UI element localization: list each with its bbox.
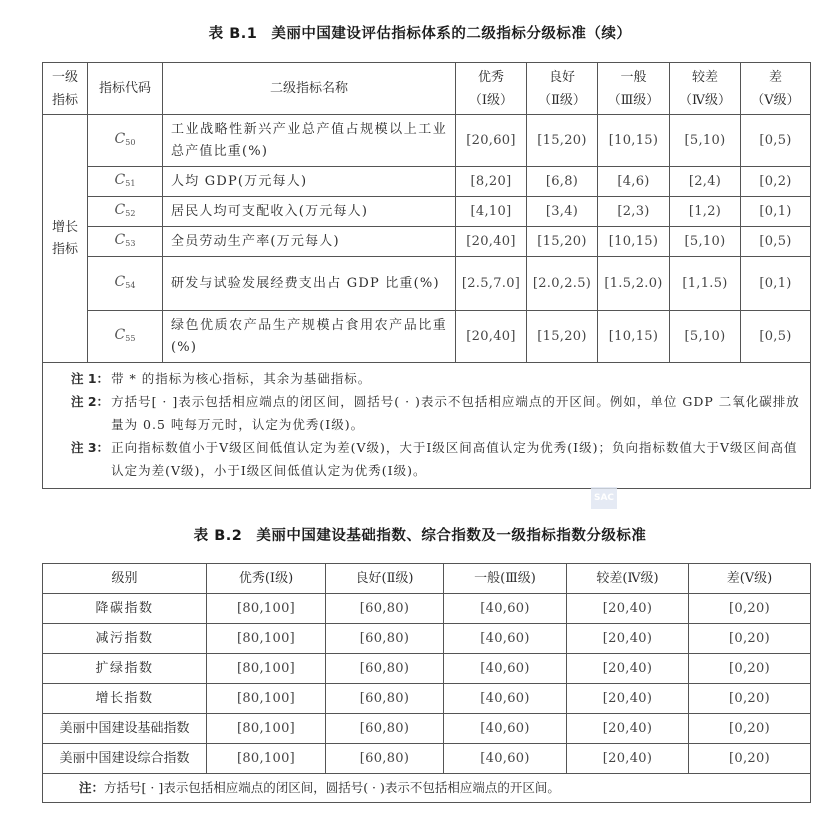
table-row: C51 人均 GDP(万元每人) [8,20] [6,8) [4,6) [2,4… <box>43 167 811 197</box>
grade-value: [3,4) <box>527 197 598 227</box>
code-subscript: 55 <box>125 334 135 343</box>
code-letter: C <box>115 327 126 343</box>
group-text: 增长 <box>43 217 87 239</box>
header-grade-poor: 较差（Ⅳ级） <box>670 63 741 115</box>
table-row: C54 研发与试验发展经费支出占 GDP 比重(%) [2.5,7.0] [2.… <box>43 257 811 311</box>
grade-value: [20,40) <box>567 594 689 624</box>
index-label: 美丽中国建设综合指数 <box>43 744 207 774</box>
code-subscript: 51 <box>125 179 135 188</box>
grade-value: [15,20) <box>527 311 598 363</box>
code-letter: C <box>115 131 126 147</box>
table-b1-number: 表 B.1 <box>209 26 258 42</box>
header-grade-poor: 较差(Ⅳ级) <box>567 564 689 594</box>
header-grade-average: 一般(Ⅲ级) <box>444 564 567 594</box>
grade-value: [40,60) <box>444 744 567 774</box>
table-row: C53 全员劳动生产率(万元每人) [20,40] [15,20) [10,15… <box>43 227 811 257</box>
grade-value: [0,5) <box>741 311 811 363</box>
note-label: 注 2： <box>71 390 109 436</box>
index-label: 增长指数 <box>43 684 207 714</box>
note-text: 带 * 的指标为核心指标，其余为基础指标。 <box>111 367 371 390</box>
grade-value: [60,80) <box>326 654 444 684</box>
grade-value: [20,40) <box>567 744 689 774</box>
code-subscript: 54 <box>125 281 135 290</box>
grade-value: [4,6) <box>598 167 670 197</box>
indicator-code: C50 <box>88 115 163 167</box>
header-grade-bad: 差（Ⅴ级） <box>741 63 811 115</box>
grade-value: [0,2) <box>741 167 811 197</box>
grade-value: [80,100] <box>207 654 326 684</box>
table-row: 减污指数 [80,100] [60,80) [40,60) [20,40) [0… <box>43 624 811 654</box>
table-row: 美丽中国建设基础指数 [80,100] [60,80) [40,60) [20,… <box>43 714 811 744</box>
grade-value: [20,40] <box>456 227 527 257</box>
grade-value: [0,1) <box>741 197 811 227</box>
grade-value: [20,40) <box>567 714 689 744</box>
note-text: 正向指标数值小于Ⅴ级区间低值认定为差(Ⅴ级)，大于Ⅰ级区间高值认定为优秀(Ⅰ级)… <box>111 436 800 482</box>
code-subscript: 53 <box>125 239 135 248</box>
header-grade-good: 良好(Ⅱ级) <box>326 564 444 594</box>
grade-value: [1,2) <box>670 197 741 227</box>
table-b2-header-row: 级别 优秀(Ⅰ级) 良好(Ⅱ级) 一般(Ⅲ级) 较差(Ⅳ级) 差(Ⅴ级) <box>43 564 811 594</box>
grade-value: [5,10) <box>670 227 741 257</box>
header-text: 良好 <box>527 66 597 89</box>
grade-value: [0,5) <box>741 227 811 257</box>
indicator-name: 绿色优质农产品生产规模占食用农产品比重(%) <box>163 311 456 363</box>
sac-watermark: SAC <box>591 487 617 509</box>
grade-value: [40,60) <box>444 684 567 714</box>
group-text: 指标 <box>43 239 87 261</box>
index-label: 扩绿指数 <box>43 654 207 684</box>
indicator-code: C54 <box>88 257 163 311</box>
grade-value: [40,60) <box>444 594 567 624</box>
grade-value: [0,20) <box>689 624 811 654</box>
note-label: 注 3： <box>71 436 109 482</box>
grade-value: [60,80) <box>326 594 444 624</box>
grade-value: [60,80) <box>326 684 444 714</box>
grade-value: [0,1) <box>741 257 811 311</box>
indicator-name: 居民人均可支配收入(万元每人) <box>163 197 456 227</box>
grade-value: [0,20) <box>689 714 811 744</box>
table-row: 降碳指数 [80,100] [60,80) [40,60) [20,40) [0… <box>43 594 811 624</box>
indicator-code: C53 <box>88 227 163 257</box>
grade-value: [20,40] <box>456 311 527 363</box>
code-letter: C <box>115 202 126 218</box>
grade-value: [4,10] <box>456 197 527 227</box>
grade-value: [10,15) <box>598 115 670 167</box>
grade-value: [20,40) <box>567 624 689 654</box>
grade-value: [5,10) <box>670 311 741 363</box>
header-text: 指标 <box>43 89 87 112</box>
header-text: 优秀 <box>456 66 526 89</box>
grade-value: [2.0,2.5) <box>527 257 598 311</box>
grade-value: [10,15) <box>598 227 670 257</box>
grade-value: [6,8) <box>527 167 598 197</box>
header-grade-bad: 差(Ⅴ级) <box>689 564 811 594</box>
group-growth-indicator: 增长 指标 <box>43 115 88 363</box>
grade-value: [0,20) <box>689 654 811 684</box>
header-text: 较差 <box>670 66 740 89</box>
table-row: C52 居民人均可支配收入(万元每人) [4,10] [3,4) [2,3) [… <box>43 197 811 227</box>
grade-value: [80,100] <box>207 744 326 774</box>
index-label: 降碳指数 <box>43 594 207 624</box>
table-b1-title-text: 美丽中国建设评估指标体系的二级指标分级标准（续） <box>271 26 631 42</box>
header-text: （Ⅳ级） <box>670 89 740 112</box>
code-letter: C <box>115 274 126 290</box>
grade-value: [0,20) <box>689 684 811 714</box>
grade-value: [20,40) <box>567 654 689 684</box>
header-text: 一般 <box>598 66 669 89</box>
grade-value: [60,80) <box>326 624 444 654</box>
table-row: 扩绿指数 [80,100] [60,80) [40,60) [20,40) [0… <box>43 654 811 684</box>
code-subscript: 52 <box>125 209 135 218</box>
indicator-name: 工业战略性新兴产业总产值占规模以上工业总产值比重(%) <box>163 115 456 167</box>
grade-value: [60,80) <box>326 714 444 744</box>
header-indicator-code: 指标代码 <box>88 63 163 115</box>
grade-value: [80,100] <box>207 714 326 744</box>
table-b2-note: 注：方括号[ · ]表示包括相应端点的闭区间，圆括号( · )表示不包括相应端点… <box>43 774 811 803</box>
note-label: 注： <box>79 780 104 795</box>
grade-value: [40,60) <box>444 624 567 654</box>
header-text: 差 <box>741 66 810 89</box>
note-text: 方括号[ · ]表示包括相应端点的闭区间，圆括号( · )表示不包括相应端点的开… <box>111 390 800 436</box>
table-row: 增长指数 [80,100] [60,80) [40,60) [20,40) [0… <box>43 684 811 714</box>
grade-value: [0,20) <box>689 744 811 774</box>
indicator-code: C52 <box>88 197 163 227</box>
header-text: （Ⅲ级） <box>598 89 669 112</box>
grade-value: [15,20) <box>527 227 598 257</box>
grade-value: [1.5,2.0) <box>598 257 670 311</box>
indicator-name: 全员劳动生产率(万元每人) <box>163 227 456 257</box>
grade-value: [20,40) <box>567 684 689 714</box>
note-3: 注 3：正向指标数值小于Ⅴ级区间低值认定为差(Ⅴ级)，大于Ⅰ级区间高值认定为优秀… <box>71 436 800 482</box>
grade-value: [0,5) <box>741 115 811 167</box>
header-text: （Ⅱ级） <box>527 89 597 112</box>
note-text: 方括号[ · ]表示包括相应端点的闭区间，圆括号( · )表示不包括相应端点的开… <box>104 780 560 795</box>
grade-value: [15,20) <box>527 115 598 167</box>
index-label: 美丽中国建设基础指数 <box>43 714 207 744</box>
code-letter: C <box>115 232 126 248</box>
header-grade-excellent: 优秀（Ⅰ级） <box>456 63 527 115</box>
header-grade-average: 一般（Ⅲ级） <box>598 63 670 115</box>
grade-value: [1,1.5) <box>670 257 741 311</box>
grade-value: [40,60) <box>444 654 567 684</box>
grade-value: [80,100] <box>207 684 326 714</box>
code-letter: C <box>115 172 126 188</box>
code-subscript: 50 <box>125 138 135 147</box>
grade-value: [2,4) <box>670 167 741 197</box>
grade-value: [0,20) <box>689 594 811 624</box>
table-b2: 级别 优秀(Ⅰ级) 良好(Ⅱ级) 一般(Ⅲ级) 较差(Ⅳ级) 差(Ⅴ级) 降碳指… <box>42 563 811 803</box>
grade-value: [2.5,7.0] <box>456 257 527 311</box>
index-label: 减污指数 <box>43 624 207 654</box>
table-b1-notes: 注 1：带 * 的指标为核心指标，其余为基础指标。 注 2：方括号[ · ]表示… <box>43 363 811 489</box>
header-grade-good: 良好（Ⅱ级） <box>527 63 598 115</box>
header-indicator-name: 二级指标名称 <box>163 63 456 115</box>
table-row: 美丽中国建设综合指数 [80,100] [60,80) [40,60) [20,… <box>43 744 811 774</box>
table-b1-notes-row: 注 1：带 * 的指标为核心指标，其余为基础指标。 注 2：方括号[ · ]表示… <box>43 363 811 489</box>
table-b2-note-row: 注：方括号[ · ]表示包括相应端点的闭区间，圆括号( · )表示不包括相应端点… <box>43 774 811 803</box>
grade-value: [2,3) <box>598 197 670 227</box>
table-b1-header-row: 一级 指标 指标代码 二级指标名称 优秀（Ⅰ级） 良好（Ⅱ级） 一般（Ⅲ级） 较… <box>43 63 811 115</box>
table-row: C55 绿色优质农产品生产规模占食用农产品比重(%) [20,40] [15,2… <box>43 311 811 363</box>
header-level1-indicator: 一级 指标 <box>43 63 88 115</box>
grade-value: [8,20] <box>456 167 527 197</box>
header-level: 级别 <box>43 564 207 594</box>
grade-value: [60,80) <box>326 744 444 774</box>
table-b1: 一级 指标 指标代码 二级指标名称 优秀（Ⅰ级） 良好（Ⅱ级） 一般（Ⅲ级） 较… <box>42 62 811 489</box>
table-b2-title: 表 B.2美丽中国建设基础指数、综合指数及一级指标指数分级标准 <box>0 524 840 545</box>
table-b1-title: 表 B.1美丽中国建设评估指标体系的二级指标分级标准（续） <box>0 22 840 43</box>
indicator-name: 研发与试验发展经费支出占 GDP 比重(%) <box>163 257 456 311</box>
grade-value: [80,100] <box>207 594 326 624</box>
header-text: （Ⅰ级） <box>456 89 526 112</box>
grade-value: [10,15) <box>598 311 670 363</box>
grade-value: [80,100] <box>207 624 326 654</box>
grade-value: [40,60) <box>444 714 567 744</box>
header-text: 一级 <box>43 66 87 89</box>
grade-value: [5,10) <box>670 115 741 167</box>
table-b2-number: 表 B.2 <box>194 528 243 544</box>
table-row: 增长 指标 C50 工业战略性新兴产业总产值占规模以上工业总产值比重(%) [2… <box>43 115 811 167</box>
note-1: 注 1：带 * 的指标为核心指标，其余为基础指标。 <box>71 367 800 390</box>
indicator-code: C55 <box>88 311 163 363</box>
grade-value: [20,60] <box>456 115 527 167</box>
indicator-code: C51 <box>88 167 163 197</box>
table-b2-title-text: 美丽中国建设基础指数、综合指数及一级指标指数分级标准 <box>256 528 646 544</box>
header-text: （Ⅴ级） <box>741 89 810 112</box>
note-2: 注 2：方括号[ · ]表示包括相应端点的闭区间，圆括号( · )表示不包括相应… <box>71 390 800 436</box>
note-label: 注 1： <box>71 367 109 390</box>
header-grade-excellent: 优秀(Ⅰ级) <box>207 564 326 594</box>
indicator-name: 人均 GDP(万元每人) <box>163 167 456 197</box>
